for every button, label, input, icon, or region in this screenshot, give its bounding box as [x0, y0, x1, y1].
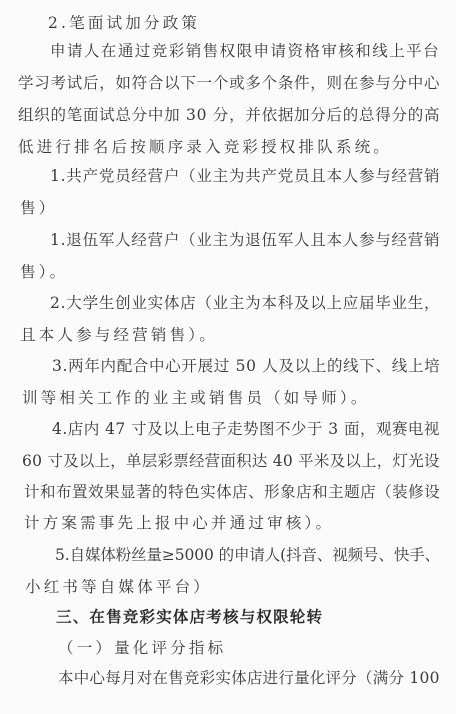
text-line: 计和布置效果显著的特色实体店、形象店和主题店（装修设	[24, 482, 440, 502]
text-line: 1.退伍军人经营户（业主为退伍军人且本人参与经营销	[50, 230, 440, 250]
text-line: 低进行排名后按顺序录入竞彩授权排队系统。	[18, 137, 392, 157]
text-line: 3.两年内配合中心开展过 50 人及以上的线下、线上培	[52, 356, 440, 376]
text-line: 且本人参与经营销售）。	[20, 325, 218, 345]
text-line: 学习考试后，如符合以下一个或多个条件，则在参与分中心	[18, 73, 440, 93]
text-line: 60 寸及以上，单层彩票经营面积达 40 平米及以上，灯光设	[22, 451, 440, 471]
text-line: 1.共产党员经营户（业主为共产党员且本人参与经营销	[50, 166, 440, 186]
text-line: 2.笔面试加分政策	[48, 13, 200, 33]
text-line: 售）	[20, 198, 57, 218]
section-heading: 三、在售竞彩实体店考核与权限轮转	[56, 607, 323, 627]
text-line: （一）量化评分指标	[58, 638, 226, 658]
text-line: 计方案需事先上报中心并通过审核）。	[24, 513, 334, 533]
text-line: 本中心每月对在售竞彩实体店进行量化评分（满分 100	[58, 668, 440, 688]
text-line: 小红书等自媒体平台）	[25, 577, 212, 597]
text-line: 4.店内 47 寸及以上电子走势图不少于 3 面，观赛电视	[52, 419, 440, 439]
text-line: 2.大学生创业实体店（业主为本科及以上应届毕业生，	[50, 293, 440, 313]
text-line: 售）。	[20, 262, 68, 282]
text-line: 组织的笔面试总分中加 30 分，并依据加分后的总得分的高	[18, 105, 440, 125]
text-line: 申请人在通过竞彩销售权限申请资格审核和线上平台	[50, 41, 440, 61]
text-line: 训等相关工作的业主或销售员（如导师）。	[22, 388, 370, 408]
text-line: 5.自媒体粉丝量≥5000 的申请人(抖音、视频号、快手、	[55, 545, 440, 565]
